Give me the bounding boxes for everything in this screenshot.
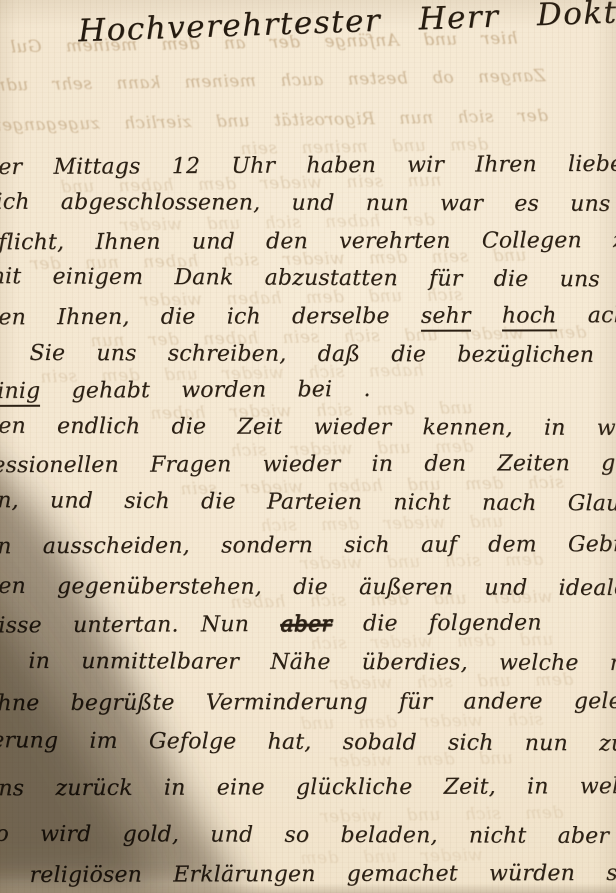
handwriting-line: en, und sich die Parteien nicht nach Gla… [0,490,616,516]
handwriting-text: die folgenden [332,611,542,637]
handwriting-line: e in unmittelbarer Nähe überdies, welche… [0,651,616,675]
bleed-through-line: der sich nun Rigorosität und zierlich zu… [0,108,548,135]
handwriting-text: gehabt worden bei . [40,377,370,404]
handwriting-line: en ausscheiden, sondern sich auf dem Geb… [0,534,616,559]
handwriting-text: en, und sich die Parteien nicht nach Gla… [0,488,616,517]
handwriting-text: ohne begrüßte Verminderung für andere ge… [0,689,616,716]
handwriting-text: gen endlich die Zeit wieder kennen, in w… [0,414,616,442]
handwriting-text: pflicht, Ihnen und den verehrten College… [0,228,616,256]
handwriting-line: sich abgeschlossenen, und nun war es uns… [0,192,616,217]
handwriting-line: mit einigem Dank abzustatten für die uns… [0,266,616,292]
bleed-through-line: Zangen ob besten auch meinem kann sehr u… [0,68,546,95]
handwriting-text: Nun [201,612,281,637]
handwriting-line: ohne begrüßte Verminderung für andere ge… [0,691,616,715]
handwriting-text: den gegenüberstehen, die äußeren und ide… [0,574,616,601]
handwriting-line: nen Ihnen, die ich derselbe sehr hoch ac… [0,305,616,330]
handwriting-text: mit einigem Dank abzustatten für die uns… [0,264,616,293]
handwriting-text: n religiösen Erklärungen gemachet würden… [0,861,616,888]
handwriting-line: der Mittags 12 Uhr haben wir Ihren liebe… [0,153,616,179]
handwriting-text: so wird gold, und so beladen, nicht aber… [0,822,616,850]
handwriting-line: uns zurück in eine glückliche Zeit, in w… [0,776,616,801]
handwriting-line: nisse untertan. Nun aber die folgenden [0,613,542,638]
handwriting-line: den gegenüberstehen, die äußeren und ide… [0,576,616,600]
letter-photograph: hier und Anfänge der an dem meinem GulZa… [0,0,616,893]
handwriting-line: einig gehabt worden bei . [0,379,371,403]
handwriting-text: ierung im Gefolge hat, sobald sich nun z… [0,728,616,757]
handwriting-line: ierung im Gefolge hat, sobald sich nun z… [0,730,616,756]
underlined-word: einig [0,379,40,407]
underlined-word: hoch [502,303,557,331]
handwriting-text: uns zurück in eine glückliche Zeit, in w… [0,774,616,802]
handwriting-line: gen endlich die Zeit wieder kennen, in w… [0,416,616,441]
handwriting-text: fessionellen Fragen wieder in den Zeiten… [0,451,616,478]
handwriting-text [471,304,502,329]
handwriting-line: so wird gold, und so beladen, nicht aber… [0,824,616,849]
handwriting-text: nisse untertan. [0,612,201,638]
underlined-word: sehr [421,304,471,332]
handwriting-text: d Sie uns schreiben, daß die bezüglichen… [0,341,616,368]
handwriting-text: e in unmittelbarer Nähe überdies, welche… [0,649,616,676]
blotted-word: aber [280,612,332,637]
handwriting-line: pflicht, Ihnen und den verehrten College… [0,230,616,255]
handwriting-text: sich abgeschlossenen, und nun war es uns… [0,190,616,218]
handwriting-text: achtete ver [557,303,616,329]
handwriting-text: en ausscheiden, sondern sich auf dem Geb… [0,532,616,560]
handwriting-text: der Mittags 12 Uhr haben wir Ihren liebe… [0,151,616,180]
handwriting-text: nen Ihnen, die ich derselbe [0,304,421,331]
handwriting-line: fessionellen Fragen wieder in den Zeiten… [0,453,616,477]
handwriting-line: d Sie uns schreiben, daß die bezüglichen… [0,343,616,367]
handwriting-line: n religiösen Erklärungen gemachet würden… [0,863,616,887]
